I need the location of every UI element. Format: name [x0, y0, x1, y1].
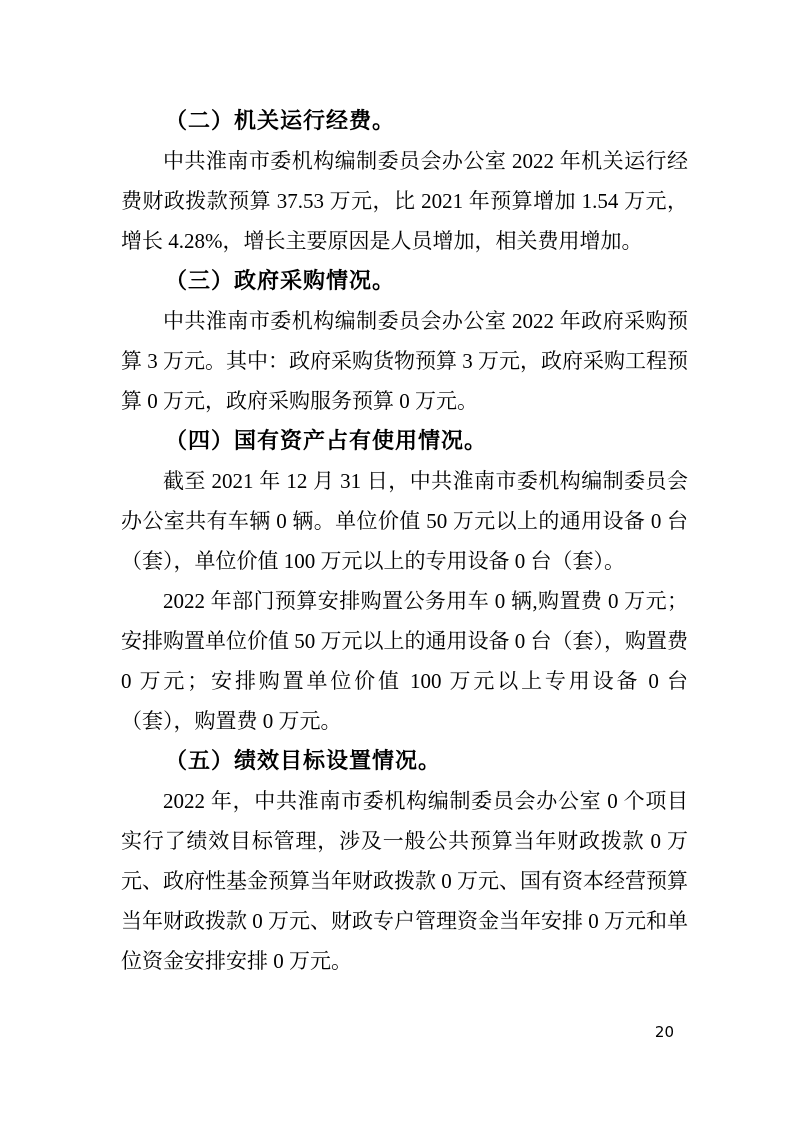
- section-state-owned-assets: （四）国有资产占有使用情况。 截至 2021 年 12 月 31 日，中共淮南市…: [121, 421, 688, 741]
- paragraph-state-owned-assets-planned: 2022 年部门预算安排购置公务用车 0 辆,购置费 0 万元；安排购置单位价值…: [121, 581, 688, 741]
- section-performance-targets: （五）绩效目标设置情况。 2022 年，中共淮南市委机构编制委员会办公室 0 个…: [121, 741, 688, 981]
- section-heading-government-procurement: （三）政府采购情况。: [121, 261, 688, 301]
- section-heading-performance-targets: （五）绩效目标设置情况。: [121, 741, 688, 781]
- paragraph-org-operating-expenses: 中共淮南市委机构编制委员会办公室 2022 年机关运行经费财政拨款预算 37.5…: [121, 141, 688, 261]
- document-page: （二）机关运行经费。 中共淮南市委机构编制委员会办公室 2022 年机关运行经费…: [0, 0, 793, 1122]
- section-heading-org-operating-expenses: （二）机关运行经费。: [121, 101, 688, 141]
- page-number: 20: [655, 1023, 674, 1041]
- paragraph-performance-targets: 2022 年，中共淮南市委机构编制委员会办公室 0 个项目实行了绩效目标管理，涉…: [121, 781, 688, 981]
- section-org-operating-expenses: （二）机关运行经费。 中共淮南市委机构编制委员会办公室 2022 年机关运行经费…: [121, 101, 688, 261]
- paragraph-state-owned-assets-current: 截至 2021 年 12 月 31 日，中共淮南市委机构编制委员会办公室共有车辆…: [121, 461, 688, 581]
- section-heading-state-owned-assets: （四）国有资产占有使用情况。: [121, 421, 688, 461]
- section-government-procurement: （三）政府采购情况。 中共淮南市委机构编制委员会办公室 2022 年政府采购预算…: [121, 261, 688, 421]
- paragraph-government-procurement: 中共淮南市委机构编制委员会办公室 2022 年政府采购预算 3 万元。其中：政府…: [121, 301, 688, 421]
